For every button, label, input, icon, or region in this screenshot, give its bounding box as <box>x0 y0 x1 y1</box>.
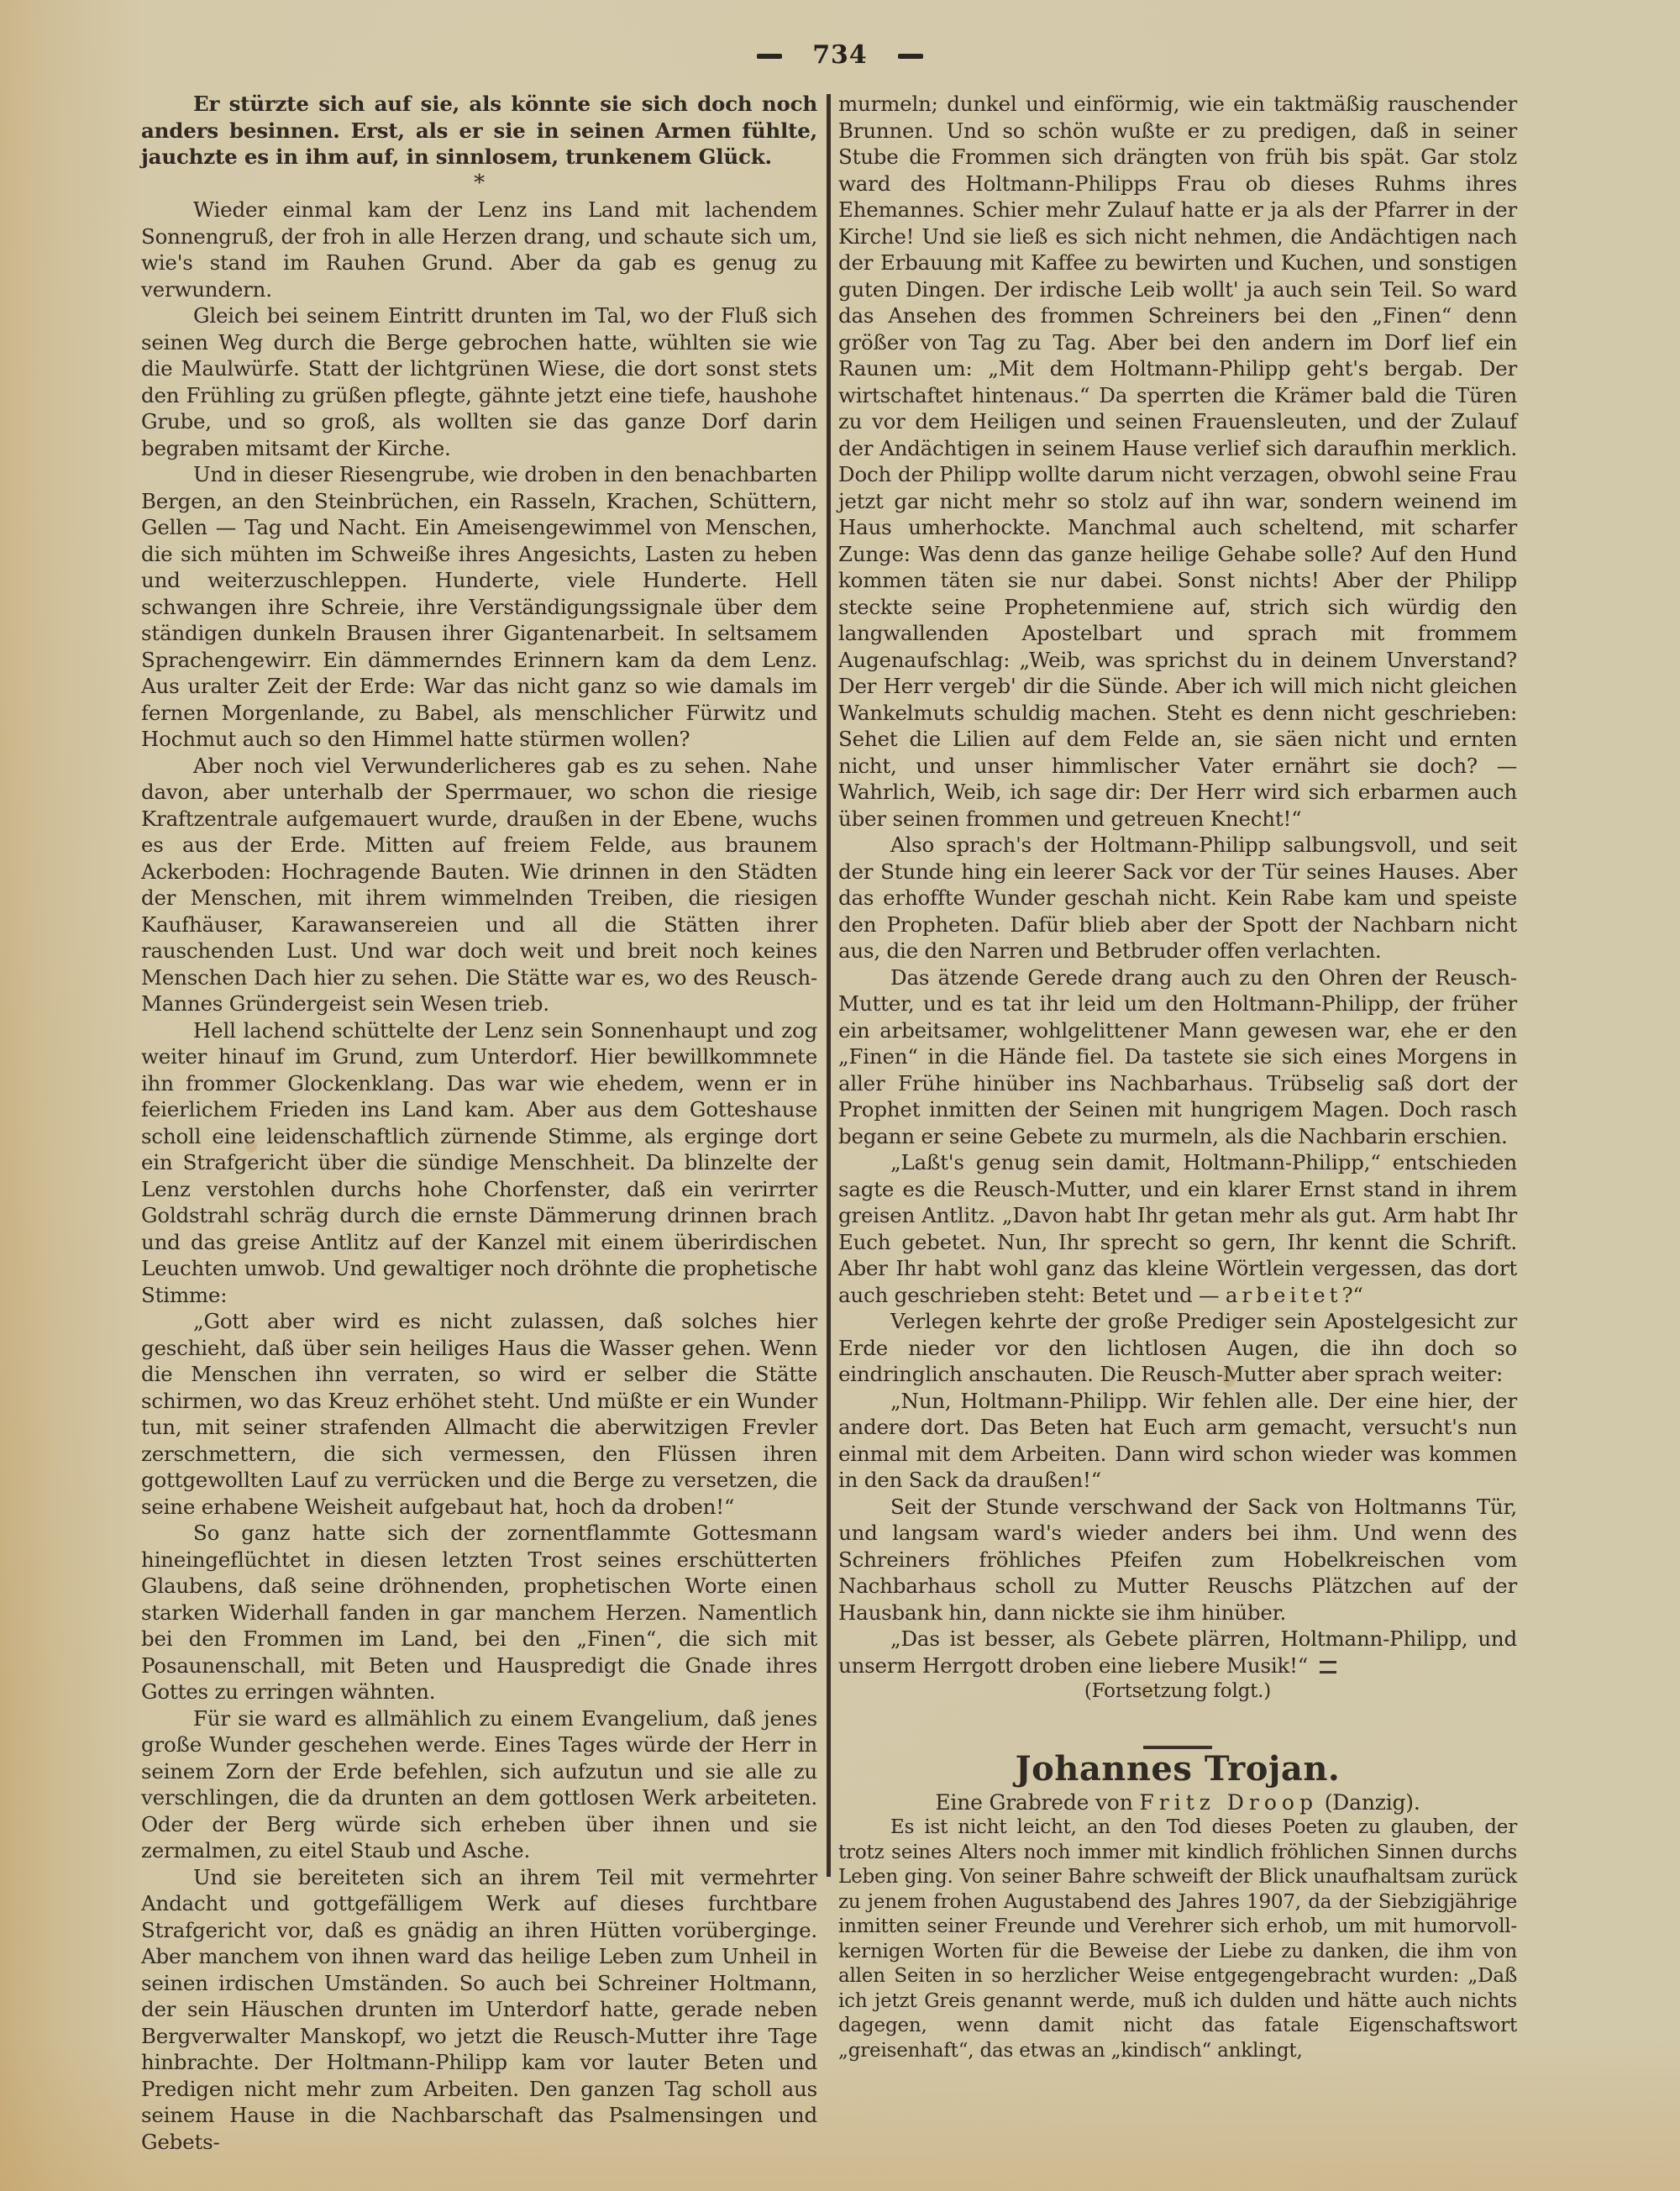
paragraph: „Laßt's genug sein damit, Holtmann-Phili… <box>838 1149 1517 1308</box>
quote-text: „Laßt's genug sein damit, Holtmann-Phili… <box>838 1150 1517 1307</box>
end-mark-icon <box>1320 1661 1336 1673</box>
byline-author: Fritz Droop <box>1139 1790 1318 1815</box>
left-column: Er stürzte sich auf sie, als könnte sie … <box>141 91 817 2155</box>
page-number: 734 <box>0 40 1680 70</box>
paragraph: Wieder einmal kam der Lenz ins Land mit … <box>141 197 817 302</box>
article-byline: Eine Grabrede von Fritz Droop (Danzig). <box>838 1789 1517 1816</box>
paragraph: Gleich bei seinem Eintritt drunten im Ta… <box>141 302 817 461</box>
right-column: murmeln; dunkel und einförmig, wie ein t… <box>838 91 1517 2063</box>
paragraph: Also sprach's der Holtmann-Philipp salbu… <box>838 832 1517 964</box>
paragraph: Für sie ward es allmählich zu einem Evan… <box>141 1705 817 1864</box>
section-break: * <box>141 171 817 197</box>
paragraph: Hell lachend schüttelte der Lenz sein So… <box>141 1017 817 1309</box>
closing-quote: „Das ist besser, als Gebete plärren, Hol… <box>838 1626 1517 1678</box>
dash-right <box>898 54 923 59</box>
article-body: Es ist nicht leicht, an den Tod dieses P… <box>838 1815 1517 2063</box>
dash-left <box>757 54 782 59</box>
paragraph: Seit der Stunde verschwand der Sack von … <box>838 1494 1517 1626</box>
page-number-value: 734 <box>812 40 868 70</box>
paragraph: „Nun, Holtmann-Philipp. Wir fehlen alle.… <box>838 1388 1517 1494</box>
quote-end: ?“ <box>1341 1283 1362 1307</box>
emphasized-word: arbeitet <box>1226 1283 1342 1307</box>
byline-place: (Danzig). <box>1325 1790 1420 1815</box>
byline-prefix: Eine Grabrede von <box>935 1790 1132 1815</box>
paragraph: Und sie bereiteten sich an ihrem Teil mi… <box>141 1864 817 2156</box>
quoted-sermon: „Gott aber wird es nicht zulassen, daß s… <box>141 1308 817 1520</box>
paragraph: Verlegen kehrte der große Prediger sein … <box>838 1308 1517 1388</box>
paragraph: Aber noch viel Verwunderlicheres gab es … <box>141 753 817 1017</box>
paragraph: So ganz hatte sich der zornentflammte Go… <box>141 1520 817 1705</box>
paragraph: Und in dieser Riesengrube, wie droben in… <box>141 461 817 753</box>
column-divider <box>827 94 831 1877</box>
paragraph: Das ätzende Gerede drang auch zu den Ohr… <box>838 964 1517 1150</box>
paragraph: „Das ist besser, als Gebete plärren, Hol… <box>838 1626 1517 1679</box>
article-title: Johannes Trojan. <box>838 1749 1517 1789</box>
paragraph: murmeln; dunkel und einförmig, wie ein t… <box>838 91 1517 832</box>
continuation-note: (Fortsetzung folgt.) <box>838 1679 1517 1705</box>
opening-paragraph: Er stürzte sich auf sie, als könnte sie … <box>141 91 817 171</box>
